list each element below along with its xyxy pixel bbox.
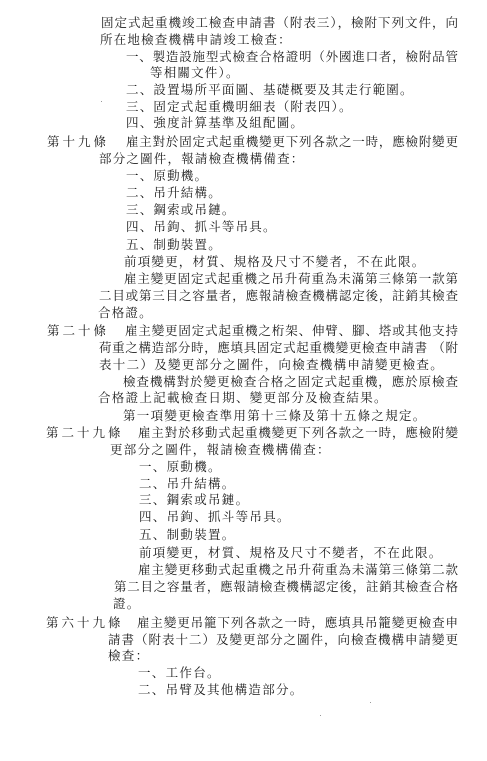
article-text: 雇主變更固定式起重機之吊升荷重為未滿第三條第一款第	[124, 270, 458, 287]
list-item: 五、制動裝置。	[139, 526, 236, 543]
text-line: 固定式起重機竣工檢查申請書（附表三），檢附下列文件，向	[101, 14, 458, 31]
list-item-continuation: 等相關文件）。	[150, 64, 240, 81]
scan-speck	[320, 715, 321, 716]
article-number: 第六十九條	[46, 614, 124, 631]
list-item: 四、吊鉤、抓斗等吊具。	[126, 218, 277, 235]
article-text: 證。	[113, 595, 141, 612]
list-item: 二、吊升結構。	[139, 475, 236, 492]
article-number: 第二十條	[47, 322, 109, 339]
article-text: 前項變更，材質、規格及尺寸不變者，不在此限。	[124, 253, 425, 270]
article-text: 合格證。	[98, 304, 153, 321]
article-text: 第二目之容量者，應報請檢查機構認定後，註銷其檢查合格	[114, 578, 458, 595]
article-text: 雇主變更吊籠下列各款之一時，應填具吊籠變更檢查申	[137, 614, 458, 631]
list-item: 三、固定式起重機明細表（附表四）。	[126, 98, 353, 115]
article-number: 第十九條	[47, 133, 109, 150]
list-item: 四、強度計算基準及組配圖。	[126, 114, 304, 131]
scan-speck	[370, 702, 371, 703]
list-item: 三、鋼索或吊鏈。	[139, 491, 249, 508]
text-line: 所在地檢查機構申請竣工檢查：	[100, 31, 292, 48]
article-text: 前項變更，材質、規格及尺寸不變者，不在此限。	[139, 544, 443, 561]
list-item: 四、吊鉤、抓斗等吊具。	[139, 508, 291, 525]
list-item: 二、吊臂及其他構造部分。	[138, 681, 304, 698]
list-item: 二、吊升結構。	[126, 184, 222, 201]
list-item: 二、設置場所平面圖、基礎概要及其走行範圍。	[126, 81, 414, 98]
article-number: 第二十九條	[46, 424, 124, 441]
article-text: 雇主對於固定式起重機變更下列各款之一時，應檢附變更	[126, 133, 458, 150]
list-item: 一、原動機。	[126, 167, 208, 184]
article-text: 雇主對於移動式起重機變更下列各款之一時，應檢附變	[138, 424, 458, 441]
article-text: 部分之圖件，報請檢查機構備查：	[99, 150, 305, 167]
list-item: 三、鋼索或吊鏈。	[126, 201, 236, 218]
scanned-regulation-page: 固定式起重機竣工檢查申請書（附表三），檢附下列文件，向 所在地檢查機構申請竣工檢…	[0, 0, 487, 761]
list-item: 五、制動裝置。	[126, 236, 222, 253]
article-text: 檢查機構對於變更檢查合格之固定式起重機，應於原檢查	[123, 373, 458, 390]
list-item: 一、原動機。	[139, 458, 222, 475]
scan-speck	[101, 101, 102, 102]
list-item: 一、工作台。	[138, 664, 221, 681]
article-text: 雇主變更移動式起重機之吊升荷重為未滿第三條第二款	[138, 561, 458, 578]
article-text: 合格證上記載檢查日期、變更部分及檢查結果。	[98, 389, 388, 406]
article-text: 雇主變更固定式起重機之桁架、伸臂、腳、塔或其他支持	[125, 322, 458, 339]
article-text: 更部分之圖件，報請檢查機構備查：	[110, 441, 331, 458]
article-text: 荷重之構造部分時，應填具固定式起重機變更檢查申請書 （附	[99, 339, 458, 356]
article-text: 第一項變更檢查準用第十三條及第十五條之規定。	[123, 407, 427, 424]
article-text: 請書（附表十二）及變更部分之圖件，向檢查機構申請變更	[108, 631, 458, 648]
article-text: 檢查：	[108, 647, 149, 664]
article-text: 二目或第三目之容量者，應報請檢查機構認定後，註銷其檢查	[99, 287, 458, 304]
list-item: 一、製造設施型式檢查合格證明（外國進口者，檢附品管	[126, 48, 458, 65]
article-text: 表十二）及變更部分之圖件，向檢查機構申請變更檢查。	[99, 356, 444, 373]
